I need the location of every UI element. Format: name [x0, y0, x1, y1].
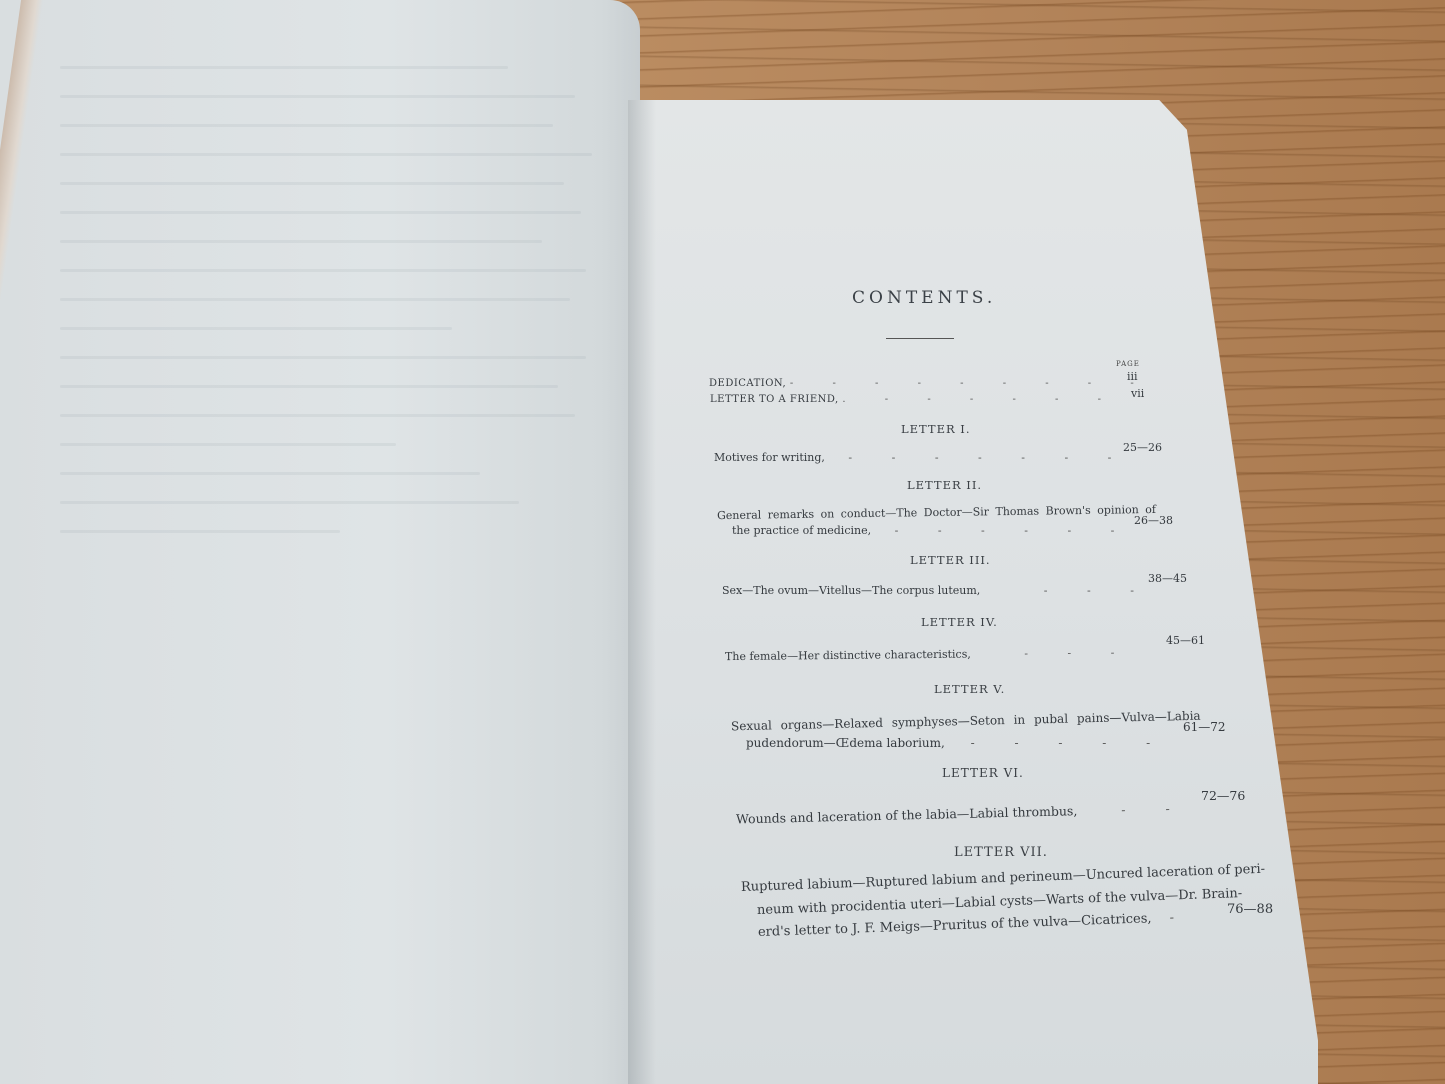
- toc-page-range: 72—76: [1201, 788, 1245, 803]
- toc-page-range: 45—61: [1166, 634, 1205, 647]
- toc-entry: General remarks on conduct—The Doctor—Si…: [717, 503, 1156, 522]
- toc-page-range: 26—38: [1134, 514, 1173, 527]
- toc-page-range: 76—88: [1227, 902, 1273, 917]
- letter-heading: LETTER I.: [901, 422, 971, 436]
- page-column-label: PAGE: [1116, 360, 1140, 368]
- toc-entry: Sexual organs—Relaxed symphyses—Seton in…: [731, 709, 1201, 734]
- toc-entry: Sex—The ovum—Vitellus—The corpus luteum,…: [722, 584, 1152, 597]
- page-title: CONTENTS.: [852, 288, 996, 308]
- toc-entry: Motives for writing, - - - - - - -: [714, 451, 1129, 464]
- toc-page-number: vii: [1131, 387, 1144, 400]
- contents-page: CONTENTS. PAGE DEDICATION, - - - - - - -…: [0, 0, 1445, 1084]
- toc-page-range: 61—72: [1183, 720, 1226, 734]
- letter-heading: LETTER VII.: [954, 845, 1048, 860]
- toc-entry: The female—Her distinctive characteristi…: [725, 646, 1133, 663]
- toc-page-range: 25—26: [1123, 441, 1162, 454]
- letter-heading: LETTER II.: [907, 478, 982, 492]
- toc-entry: Wounds and laceration of the labia—Labia…: [736, 800, 1188, 826]
- letter-heading: LETTER III.: [910, 553, 991, 567]
- letter-heading: LETTER IV.: [921, 615, 998, 629]
- letter-heading: LETTER V.: [934, 682, 1005, 696]
- toc-entry: the practice of medicine, - - - - - -: [732, 524, 1132, 537]
- title-rule: [886, 338, 954, 339]
- toc-entry: pudendorum—Œdema laborium, - - - - -: [746, 736, 1168, 750]
- toc-entry-letter-to-a-friend: LETTER TO A FRIEND, . - - - - - -: [710, 394, 1119, 405]
- letter-heading: LETTER VI.: [942, 766, 1024, 780]
- toc-page-number: iii: [1127, 370, 1138, 383]
- toc-page-range: 38—45: [1148, 572, 1187, 585]
- toc-entry-dedication: DEDICATION, - - - - - - - - -: [709, 378, 1152, 389]
